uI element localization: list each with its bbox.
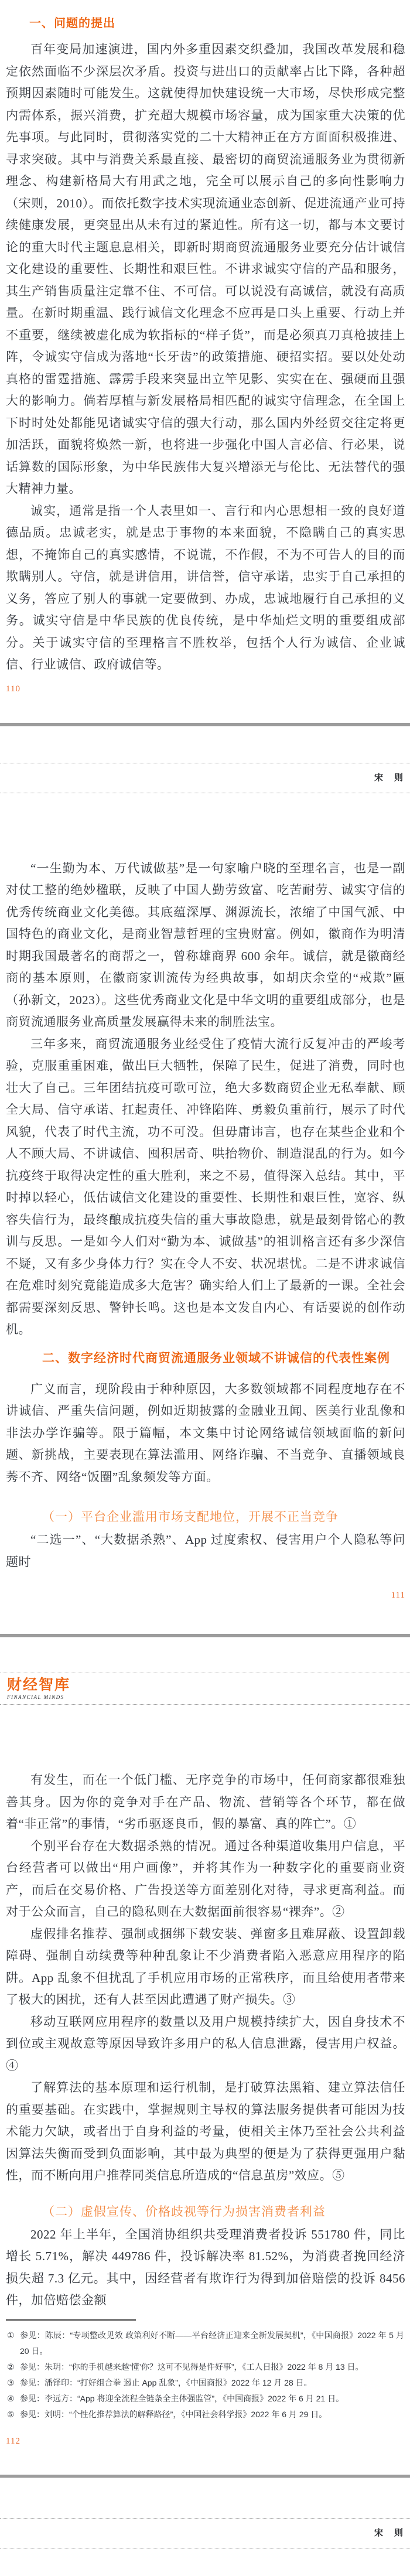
page-number: 112 (6, 2437, 410, 2447)
journal-logo-title: 财经智库 (7, 1677, 410, 1694)
body-paragraph: 三年多来，商贸流通服务业经受住了疫情大流行反复冲击的严峻考验，克服重重困难，做出… (6, 1033, 405, 1341)
body-paragraph: 了解算法的基本原理和运行机制，是打破算法黑箱、建立算法信任的重要基础。在实践中，… (6, 2077, 405, 2187)
footnote-marker: ⑤ (7, 2407, 15, 2423)
body-paragraph: 移动互联网应用程序的数量以及用户规模持续扩大，因自身技术不到位或主观故意等原因导… (6, 2011, 405, 2077)
body-paragraph: 诚实，通常是指一个人表里如一、言行和内心思想相一致的良好道德品质。忠诚老实，就是… (6, 500, 405, 676)
journal-logo: 财经智库 FINANCIAL MINDS (0, 1673, 410, 1705)
footnote-marker: ① (7, 2328, 15, 2343)
footnote-rule (6, 2319, 136, 2321)
running-head-author: 宋 则 (0, 2518, 410, 2548)
footnote-text: 参见：李远方：“App 将迎全流程全链条全主体强监管”，《中国商报》2022 年… (20, 2394, 344, 2403)
subsection-heading-2: （二）虚假宣传、价格歧视等行为损害消费者利益 (18, 2202, 405, 2222)
page-110: 一、问题的提出 百年变局加速演进，国内外多重因素交织叠加，我国改革发展和稳定依然… (0, 0, 410, 723)
page-number: 111 (0, 1591, 405, 1601)
body-paragraph: 个别平台存在大数据杀熟的情况。通过各种渠道收集用户信息，平台经营者可以做出“用户… (6, 1835, 405, 1923)
body-paragraph: 百年变局加速演进，国内外多重因素交织叠加，我国改革发展和稳定依然面临不少深层次矛… (6, 39, 405, 500)
footnote-item: ② 参见：朱玥：“你的手机越来越‘懂’你？这可不见得是件好事”，《工人日报》20… (7, 2359, 404, 2375)
body-paragraph: “二选一”、“大数据杀熟”、App 过度索权、侵害用户个人隐私等问题时 (6, 1529, 405, 1573)
footnote-marker: ② (7, 2359, 15, 2375)
footnote-text: 参见：朱玥：“你的手机越来越‘懂’你？这可不见得是件好事”，《工人日报》2022… (20, 2362, 364, 2372)
footnote-item: ① 参见：陈辰：“专项整改见效 政策利好不断——平台经济正迎来全新发展契机”，《… (7, 2328, 404, 2359)
running-head-author: 宋 则 (0, 763, 410, 793)
page-111: 宋 则 “一生勤为本、万代诚做基”是一句家喻户晓的至理名言，也是一副对仗工整的绝… (0, 726, 410, 1635)
body-paragraph: “一生勤为本、万代诚做基”是一句家喻户晓的至理名言，也是一副对仗工整的绝妙楹联，… (6, 858, 405, 1033)
footnote-text: 参见：刘明：“个性化推荐算法的解释路径”，《中国社会科学报》2022 年 6 月… (20, 2410, 327, 2419)
page-number: 110 (6, 684, 410, 694)
section-heading-2: 二、数字经济时代商贸流通服务业领域不讲诚信的代表性案例 (18, 1349, 405, 1368)
section-heading-1: 一、问题的提出 (6, 15, 405, 32)
footnote-item: ③ 参见：潘铎印：“打好组合拳 遏止 App 乱象”，《中国商报》2022 年 … (7, 2375, 404, 2391)
body-paragraph: 虚假排名推荐、强制或捆绑下载安装、弹窗多且难屏蔽、设置卸载障碍、强制自动续费等种… (6, 1923, 405, 2011)
journal-logo-subtitle: FINANCIAL MINDS (7, 1694, 410, 1701)
footnote-text: 参见：潘铎印：“打好组合拳 遏止 App 乱象”，《中国商报》2022 年 12… (20, 2378, 312, 2387)
body-paragraph: 2022 年上半年，全国消协组织共受理消费者投诉 551780 件，同比增长 5… (6, 2224, 405, 2312)
journal-article-scroll-view: 一、问题的提出 百年变局加速演进，国内外多重因素交织叠加，我国改革发展和稳定依然… (0, 0, 410, 2576)
footnote-item: ④ 参见：李远方：“App 将迎全流程全链条全主体强监管”，《中国商报》2022… (7, 2391, 404, 2407)
page-112: 财经智库 FINANCIAL MINDS 有发生，而在一个低门槛、无序竞争的市场… (0, 1637, 410, 2475)
footnote-marker: ③ (7, 2375, 15, 2391)
body-paragraph: 广义而言，现阶段由于种种原因，大多数领域都不同程度地存在不讲诚信、严重失信问题，… (6, 1379, 405, 1489)
subsection-heading-1: （一）平台企业滥用市场支配地位，开展不正当竞争 (18, 1507, 405, 1527)
footnote-marker: ④ (7, 2391, 15, 2407)
page-113-partial: 宋 则 (0, 2478, 410, 2576)
footnote-text: 参见：陈辰：“专项整改见效 政策利好不断——平台经济正迎来全新发展契机”，《中国… (20, 2331, 404, 2356)
footnote-item: ⑤ 参见：刘明：“个性化推荐算法的解释路径”，《中国社会科学报》2022 年 6… (7, 2407, 404, 2423)
body-paragraph: 有发生，而在一个低门槛、无序竞争的市场中，任何商家都很难独善其身。因为你的竞争对… (6, 1769, 405, 1835)
